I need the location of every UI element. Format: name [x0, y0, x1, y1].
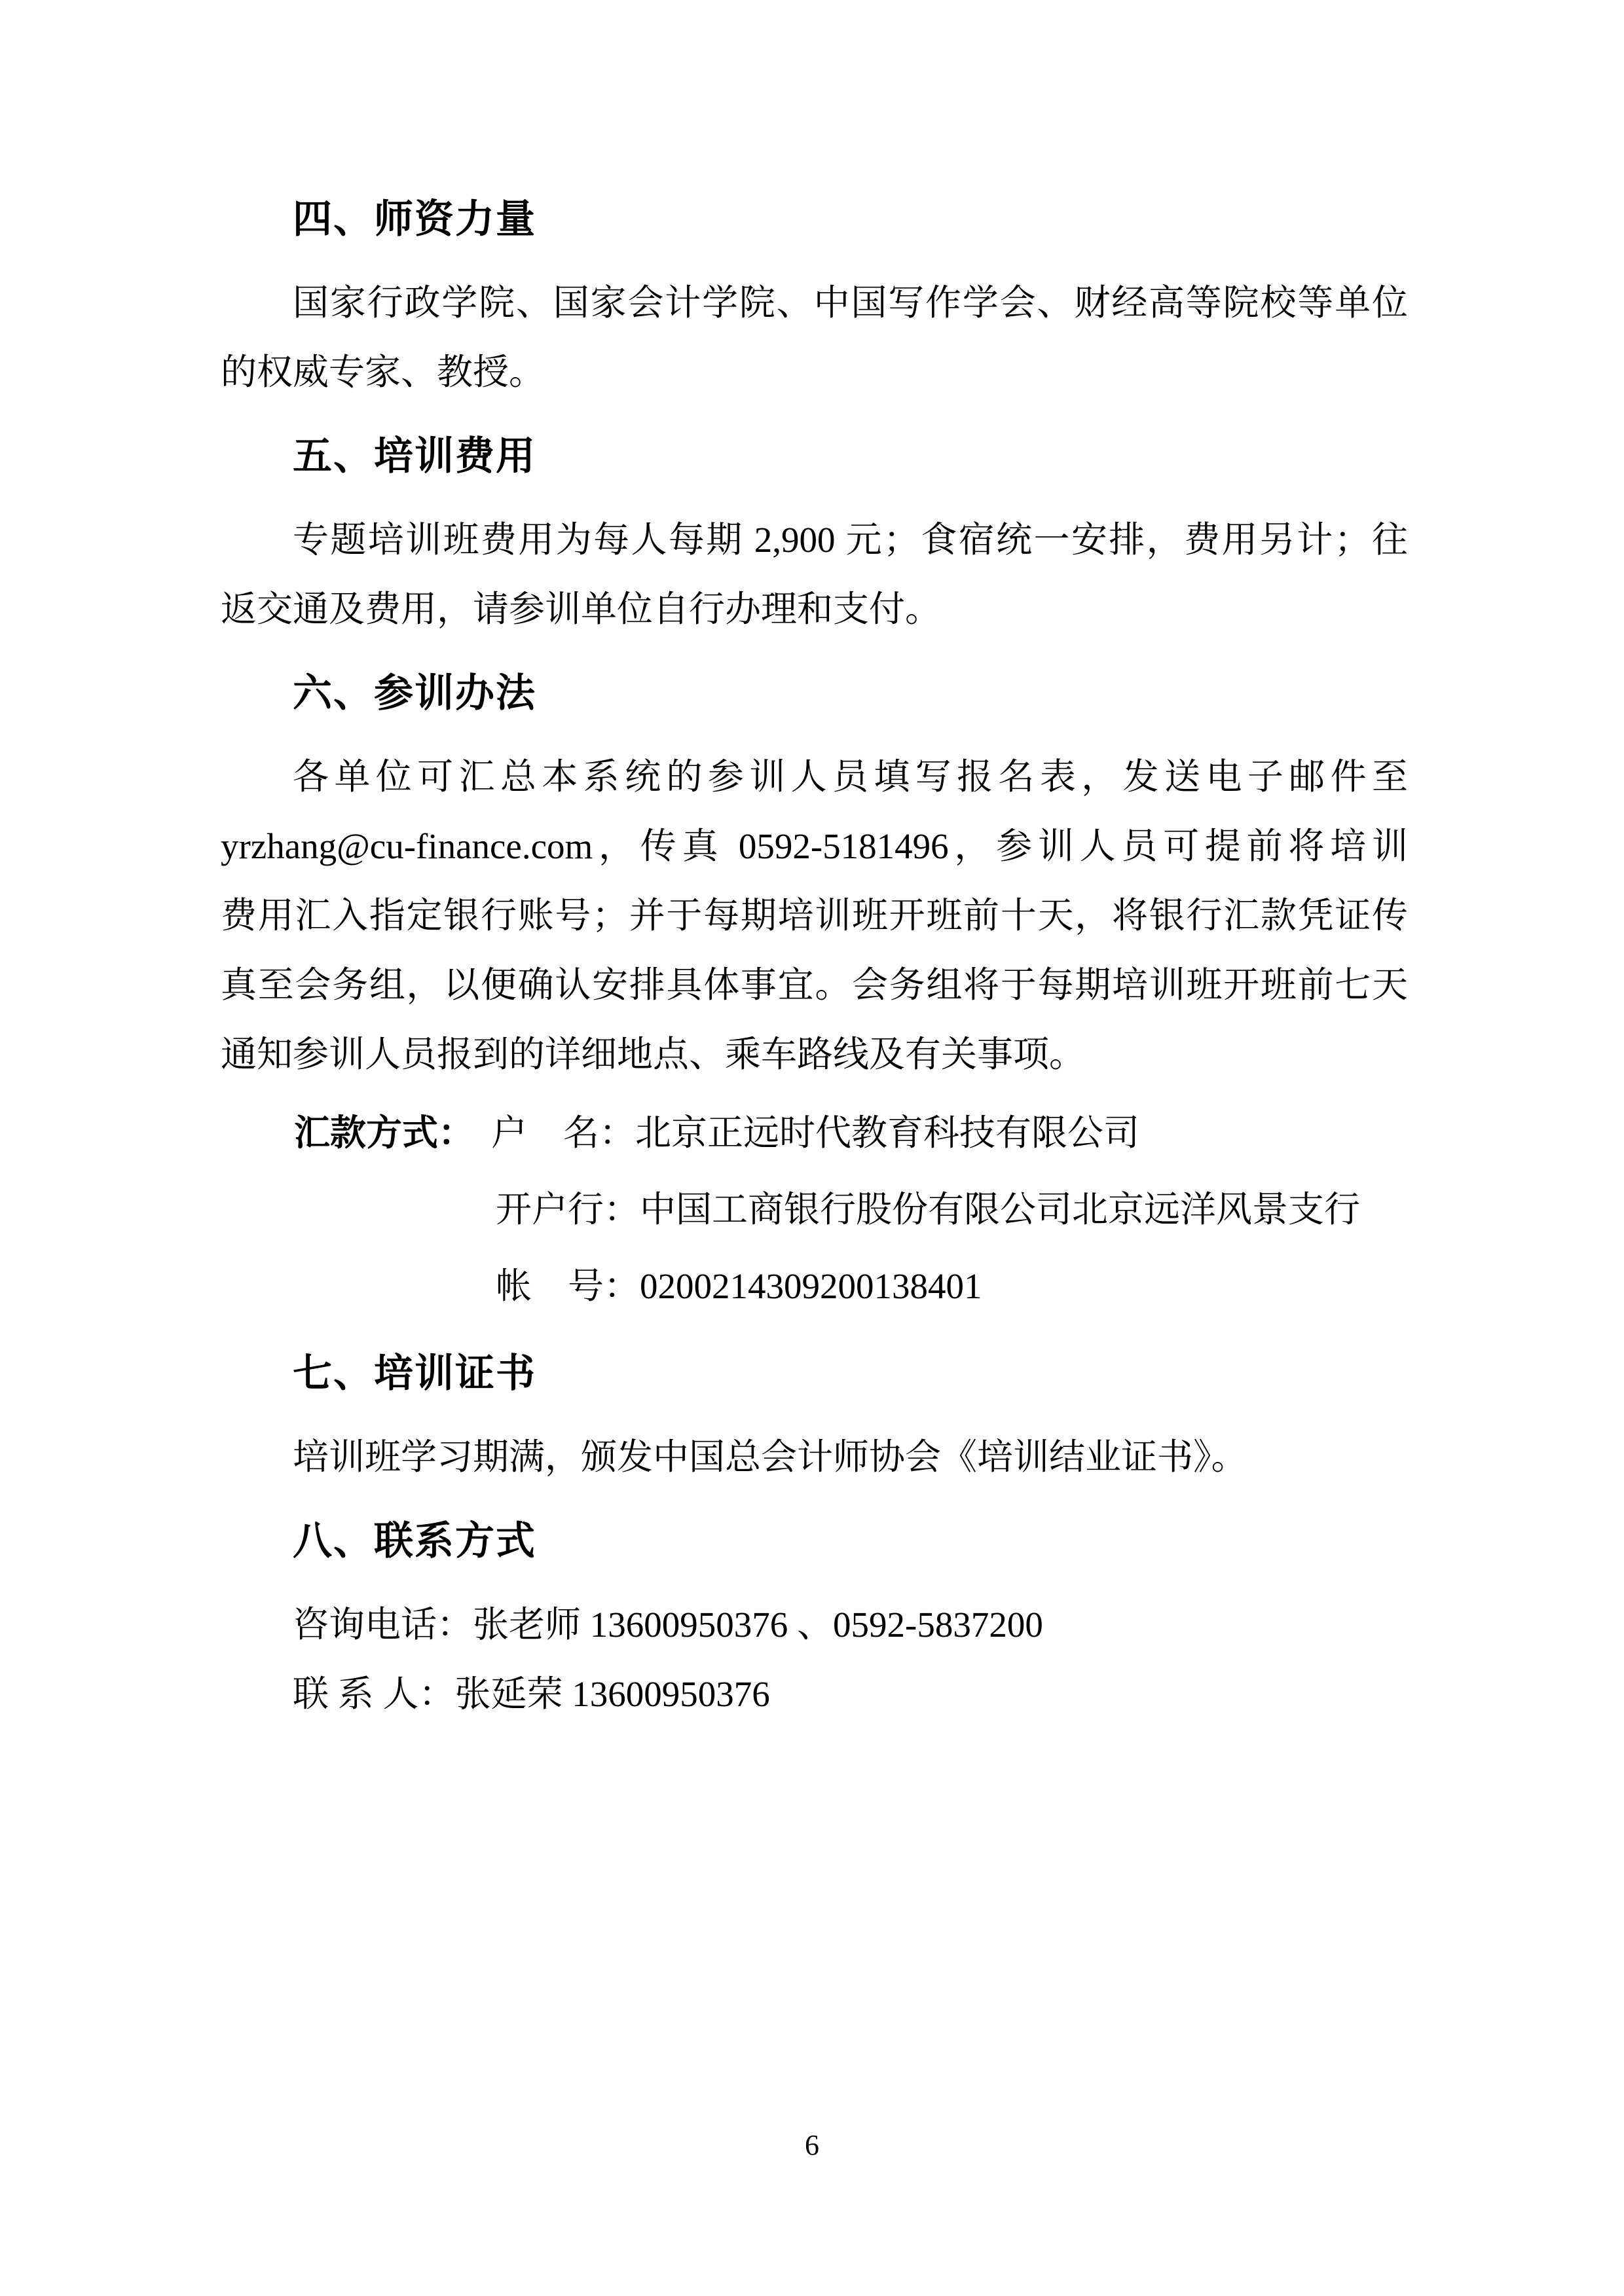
paragraph-line-email: yrzhang@cu-finance.com，传真 0592-5181496，参… [221, 812, 1408, 881]
paragraph-line: 各单位可汇总本系统的参训人员填写报名表，发送电子邮件至 [221, 742, 1408, 812]
paragraph-teachers: 国家行政学院、国家会计学院、中国写作学会、财经高等院校等单位 的权威专家、教授。 [221, 268, 1408, 407]
remittance-line-account-number: 帐 号：0200214309200138401 [221, 1248, 1408, 1324]
section-heading-teachers: 四、师资力量 [221, 185, 1408, 254]
remittance-method-label: 汇款方式： [294, 1113, 474, 1153]
paragraph-line: 返交通及费用，请参训单位自行办理和支付。 [221, 575, 1408, 644]
paragraph-line: 的权威专家、教授。 [221, 338, 1408, 407]
section-heading-fees: 五、培训费用 [221, 422, 1408, 491]
paragraph-certificate: 培训班学习期满，颁发中国总会计师协会《培训结业证书》。 [221, 1423, 1408, 1492]
contact-person-line: 联 系 人：张延荣 13600950376 [221, 1660, 1408, 1729]
document-page: 四、师资力量 国家行政学院、国家会计学院、中国写作学会、财经高等院校等单位 的权… [0, 0, 1624, 2296]
remittance-line-account-name: 汇款方式：户 名：北京正远时代教育科技有限公司 [221, 1095, 1408, 1171]
paragraph-enrollment: 各单位可汇总本系统的参训人员填写报名表，发送电子邮件至 yrzhang@cu-f… [221, 742, 1408, 1089]
paragraph-line: 国家行政学院、国家会计学院、中国写作学会、财经高等院校等单位 [221, 268, 1408, 338]
remittance-line-bank: 开户行：中国工商银行股份有限公司北京远洋风景支行 [221, 1171, 1408, 1248]
section-heading-contact: 八、联系方式 [221, 1506, 1408, 1576]
paragraph-fees: 专题培训班费用为每人每期 2,900 元；食宿统一安排，费用另计；往 返交通及费… [221, 505, 1408, 644]
page-number: 6 [0, 2111, 1624, 2180]
contact-phone-line: 咨询电话：张老师 13600950376 、0592-5837200 [221, 1590, 1408, 1660]
paragraph-line: 通知参训人员报到的详细地点、乘车路线及有关事项。 [221, 1020, 1408, 1089]
remittance-account-name: 户 名：北京正远时代教育科技有限公司 [491, 1113, 1139, 1153]
paragraph-line: 真至会务组，以便确认安排具体事宜。会务组将于每期培训班开班前七天 [221, 951, 1408, 1020]
paragraph-line: 费用汇入指定银行账号；并于每期培训班开班前十天，将银行汇款凭证传 [221, 881, 1408, 951]
paragraph-line: 专题培训班费用为每人每期 2,900 元；食宿统一安排，费用另计；往 [221, 505, 1408, 575]
paragraph-contact: 咨询电话：张老师 13600950376 、0592-5837200 联 系 人… [221, 1590, 1408, 1729]
paragraph-line: 培训班学习期满，颁发中国总会计师协会《培训结业证书》。 [221, 1423, 1408, 1492]
section-heading-enrollment: 六、参训办法 [221, 659, 1408, 728]
section-heading-certificate: 七、培训证书 [221, 1339, 1408, 1408]
remittance-block: 汇款方式：户 名：北京正远时代教育科技有限公司 开户行：中国工商银行股份有限公司… [221, 1095, 1408, 1324]
